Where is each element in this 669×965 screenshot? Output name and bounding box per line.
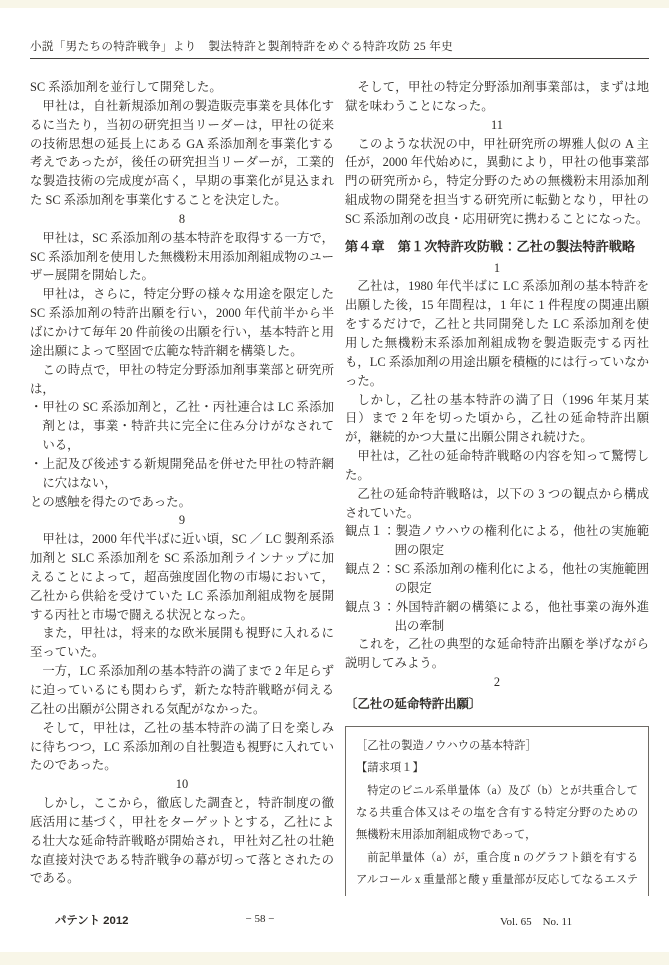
patent-claim-box: ［乙社の製造ノウハウの基本特許］ 【請求項１】 特定のビニル系単量体（a）及び（… — [345, 726, 649, 896]
page-edge-bottom — [0, 952, 669, 965]
paragraph: このような状況の中，甲社研究所の堺雅人似の A 主任が，2000 年代始めに，異… — [345, 135, 649, 229]
paragraph: 一方，LC 系添加剤の基本特許の満了まで 2 年足らずに迫っているにも関わらず，… — [30, 662, 334, 719]
claim-number-label: 【請求項１】 — [356, 757, 638, 779]
bracket-subheading: 〔乙社の延命特許出願〕 — [345, 695, 649, 714]
paragraph: 甲社は，乙社の延命特許戦略の内容を知って驚愕した。 — [345, 447, 649, 485]
section-number: 1 — [345, 259, 649, 278]
continuation-paragraph: SC 系添加剤を並行して開発した。 — [30, 78, 334, 97]
page-footer: − 58 − パテント 2012 Vol. 65 No. 11 — [0, 912, 669, 930]
paragraph: 甲社は，SC 系添加剤の基本特許を取得する一方で，SC 系添加剤を使用した無機粉… — [30, 229, 334, 286]
document-page: 小説「男たちの特許戦争」より 製法特許と製剤特許をめぐる特許攻防 25 年史 S… — [0, 0, 669, 965]
page-content: 小説「男たちの特許戦争」より 製法特許と製剤特許をめぐる特許攻防 25 年史 S… — [0, 8, 669, 896]
paragraph: また，甲社は，将来的な欧米展開も視野に入れるに至っていた。 — [30, 624, 334, 662]
paragraph: そして，甲社は，乙社の基本特許の満了日を楽しみに待ちつつ，LC 系添加剤の自社製… — [30, 719, 334, 776]
column-left: SC 系添加剤を並行して開発した。 甲社は，自社新規添加剤の製造販売事業を具体化… — [30, 78, 334, 896]
paragraph: 甲社は，さらに，特定分野の様々な用途を限定した SC 系添加剤の特許出願を行い，… — [30, 285, 334, 360]
column-right: そして，甲社の特定分野添加剤事業部は，まずは地獄を味わうことになった。 11 こ… — [345, 78, 649, 896]
bullet-item: ・上記及び後述する新規開発品を併せた甲社の特許網に穴はない， — [30, 455, 334, 493]
paragraph: この時点で，甲社の特定分野添加剤事業部と研究所は， — [30, 361, 334, 399]
paragraph: との感触を得たのであった。 — [30, 493, 334, 512]
viewpoint-item: 観点２：SC 系添加剤の権利化による，他社の実施範囲の限定 — [345, 560, 649, 598]
section-number: 9 — [30, 511, 334, 530]
section-number: 11 — [345, 116, 649, 135]
viewpoint-item: 観点１：製造ノウハウの権利化による，他社の実施範囲の限定 — [345, 522, 649, 560]
section-number: 8 — [30, 210, 334, 229]
paragraph: そして，甲社の特定分野添加剤事業部は，まずは地獄を味わうことになった。 — [345, 78, 649, 116]
two-column-body: SC 系添加剤を並行して開発した。 甲社は，自社新規添加剤の製造販売事業を具体化… — [30, 78, 649, 896]
page-edge-top — [0, 0, 669, 8]
paragraph: 甲社は，自社新規添加剤の製造販売事業を具体化するに当たり，当初の研究担当リーダー… — [30, 97, 334, 210]
paragraph: 甲社は，2000 年代半ばに近い頃，SC ／ LC 製剤系添加剤と SLC 系添… — [30, 530, 334, 624]
bullet-item: ・甲社の SC 系添加剤と，乙社・丙社連合は LC 系添加剤とは，事業・特許共に… — [30, 398, 334, 455]
paragraph: しかし，乙社の基本特許の満了日（1996 年某月某日）まで 2 年を切った頃から… — [345, 391, 649, 448]
chapter-heading: 第４章 第１次特許攻防戦：乙社の製法特許戦略 — [345, 238, 649, 257]
paragraph: これを，乙社の典型的な延命特許出願を挙げながら説明してみよう。 — [345, 635, 649, 673]
running-header: 小説「男たちの特許戦争」より 製法特許と製剤特許をめぐる特許攻防 25 年史 — [30, 38, 649, 59]
paragraph: しかし，ここから，徹底した調査と，特許制度の徹底活用に基づく，甲社をターゲットと… — [30, 794, 334, 888]
section-number: 10 — [30, 775, 334, 794]
viewpoint-item: 観点３：外国特許網の構築による，他社事業の海外進出の牽制 — [345, 598, 649, 636]
claim-text: 前記単量体（a）が，重合度 n のグラフト鎖を有するアルコール x 重量部と酸 … — [356, 847, 638, 896]
footer-volume: Vol. 65 No. 11 — [500, 913, 572, 929]
paragraph: 乙社の延命特許戦略は，以下の 3 つの観点から構成されていた。 — [345, 485, 649, 523]
footer-journal-name: パテント 2012 — [55, 912, 129, 928]
section-number: 2 — [345, 673, 649, 692]
claim-box-title: ［乙社の製造ノウハウの基本特許］ — [356, 735, 638, 757]
claim-text: 特定のビニル系単量体（a）及び（b）とが共重合してなる共重合体又はその塩を含有す… — [356, 780, 638, 847]
paragraph: 乙社は，1980 年代半ばに LC 系添加剤の基本特許を出願した後，15 年間程… — [345, 277, 649, 390]
